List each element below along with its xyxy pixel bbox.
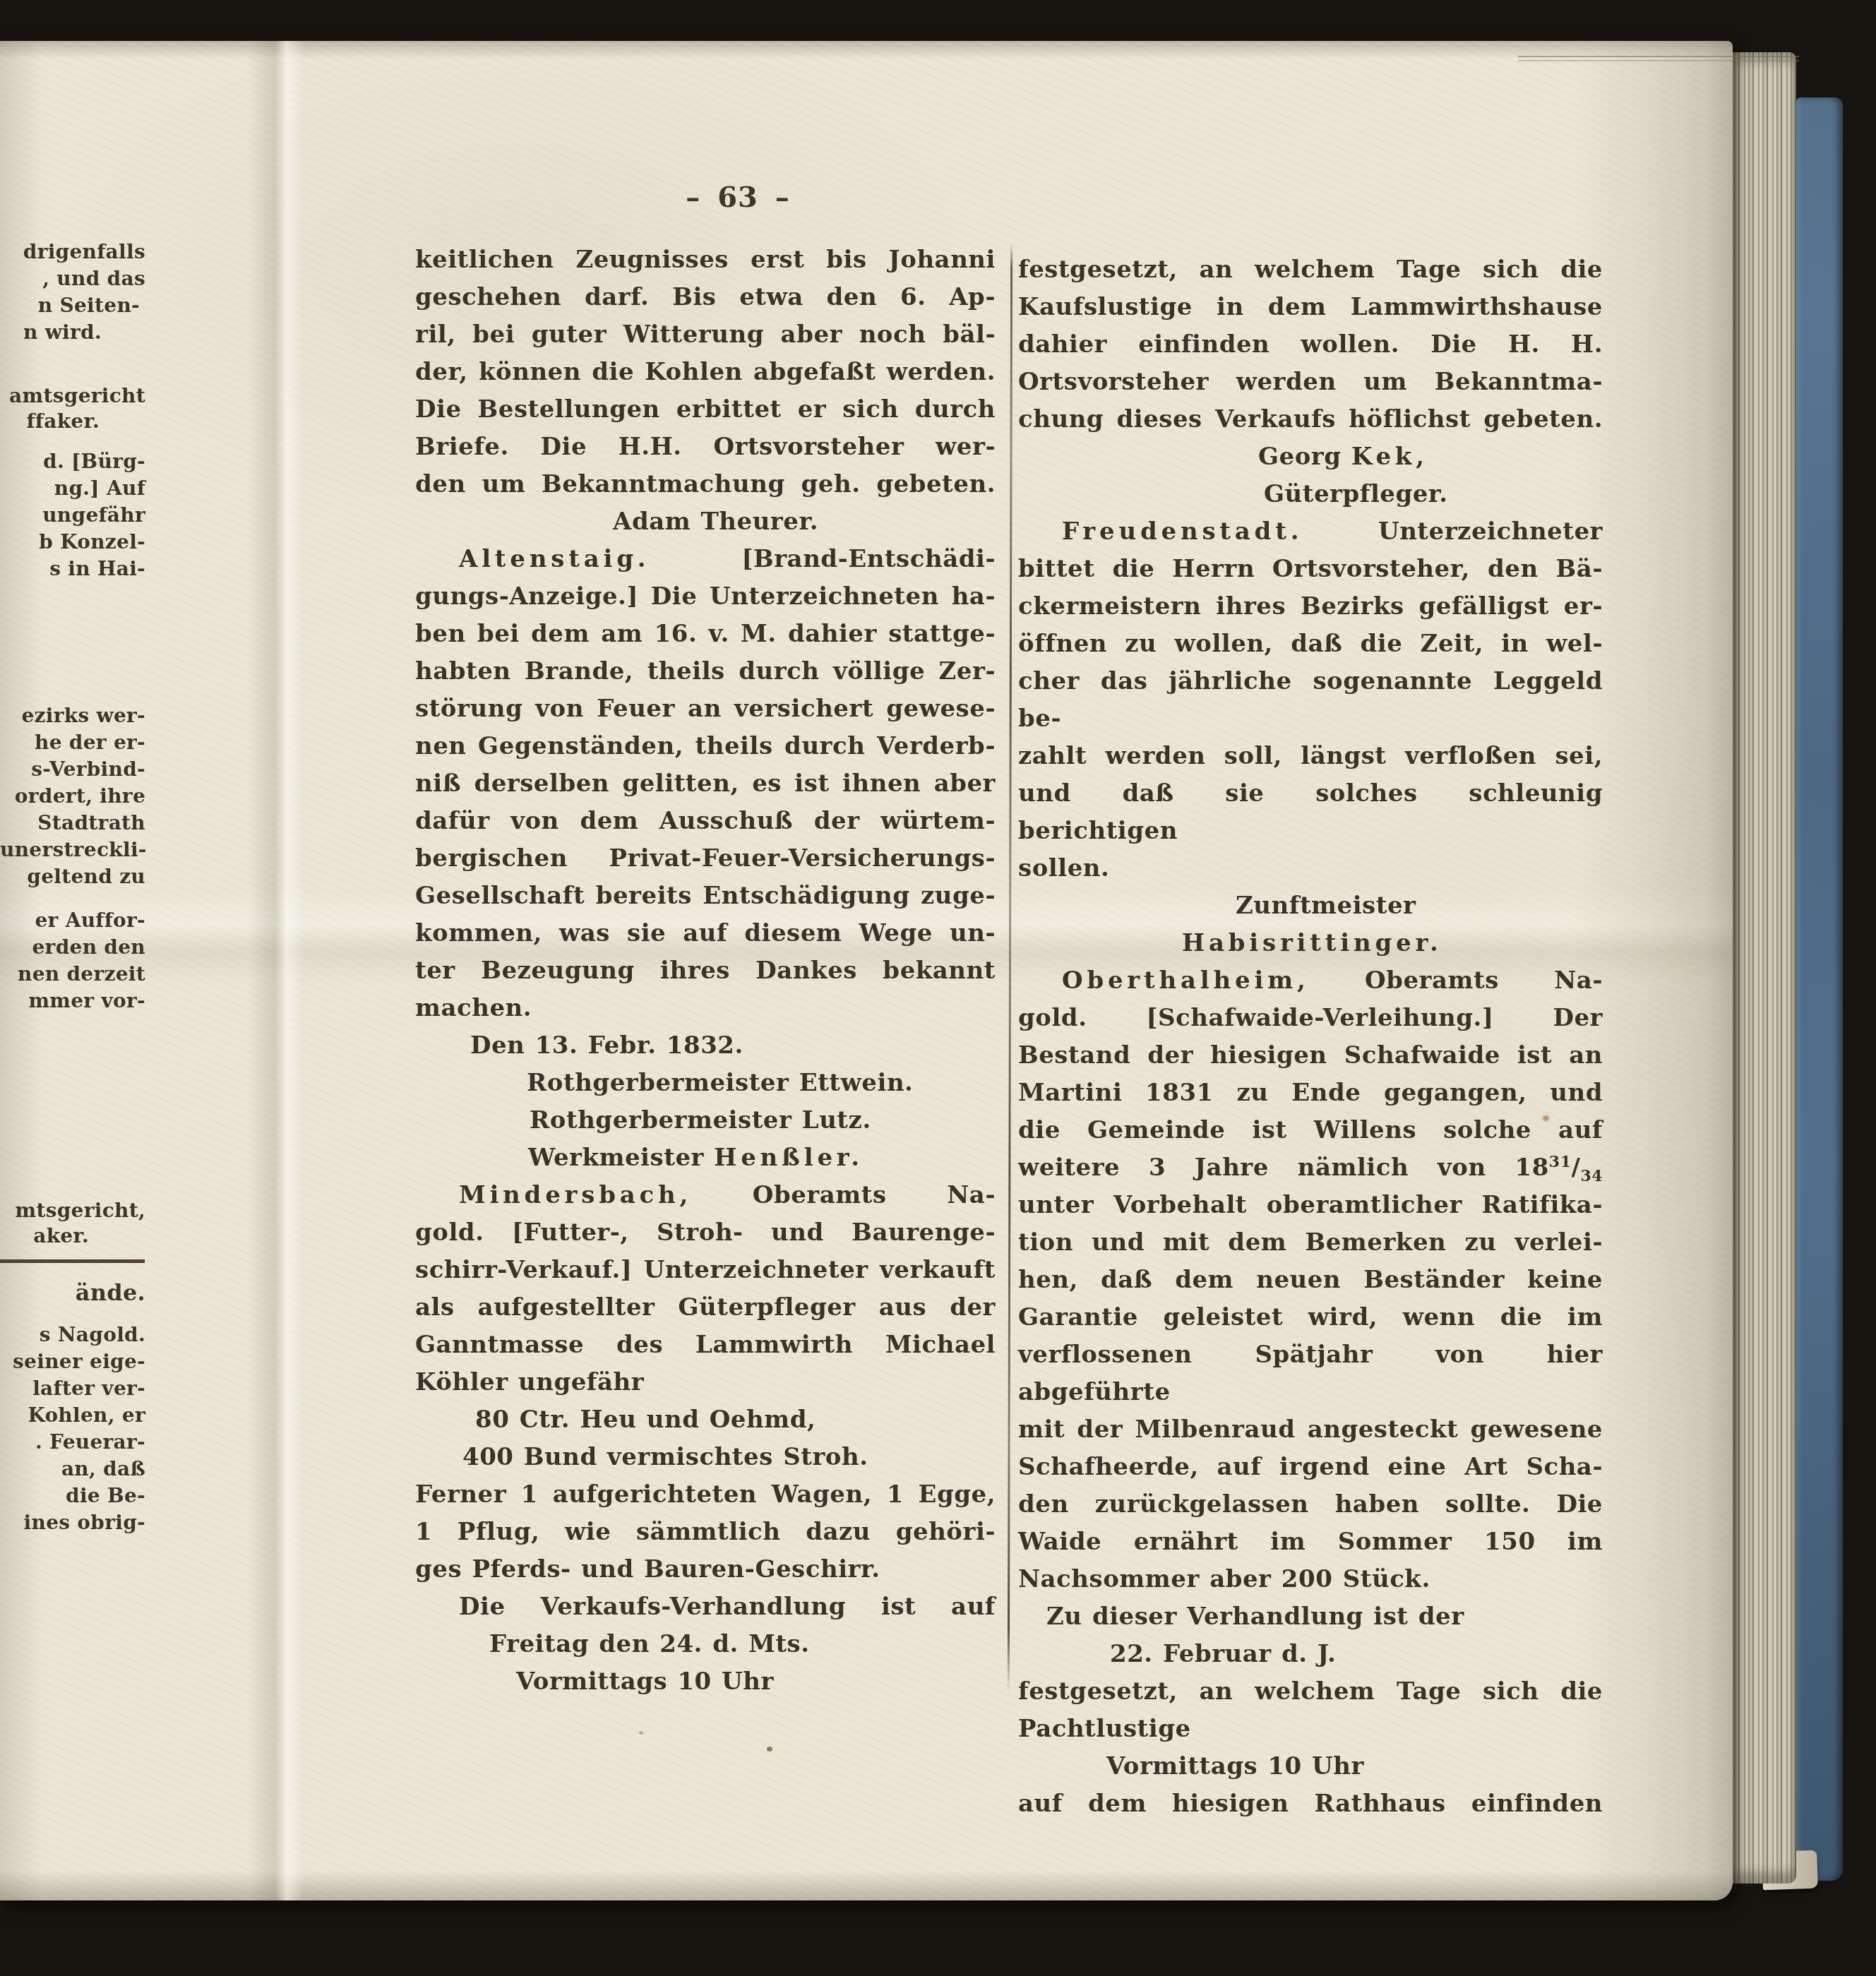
text-line: dafür von dem Ausschuß der würtem- <box>415 803 996 840</box>
text-line: machen. <box>415 990 996 1027</box>
fragment-line: ordert, ihre <box>0 783 145 810</box>
fragment-line: ungefähr <box>0 502 145 529</box>
text-line: schirr-Verkauf.] Unterzeichneter verkauf… <box>415 1252 996 1289</box>
under-page-top-edges <box>1518 54 1799 66</box>
text-run: Werkmeister <box>528 1144 714 1172</box>
fragment-line: mmer vor- <box>0 988 145 1014</box>
text-line: ben bei dem am 16. v. M. dahier stattge- <box>415 616 996 653</box>
person-name: Kek, <box>1351 443 1428 471</box>
text-line: ges Pferds- und Bauren-Geschirr. <box>415 1551 996 1588</box>
text-line: keitlichen Zeugnisses erst bis Johanni <box>415 241 996 279</box>
place-name: Freudenstadt. <box>1062 517 1303 546</box>
text-line: den um Bekanntmachung geh. gebeten. <box>415 466 996 503</box>
text-line: Mindersbach, Oberamts Na- <box>415 1177 996 1214</box>
text-line: weitere 3 Jahre nämlich von 1831/34 <box>1018 1149 1603 1187</box>
fragment-line: s-Verbind- <box>0 756 145 783</box>
text-line: niß derselben gelitten, es ist ihnen abe… <box>415 765 996 803</box>
text-line: festgesetzt, an welchem Tage sich die <box>1018 251 1603 289</box>
dash-icon: – <box>686 181 700 214</box>
text-line: als aufgestellter Güterpfleger aus der <box>415 1289 996 1327</box>
signature-line: Adam Theurer. <box>415 503 996 541</box>
fragment-group: amtsgericht ffaker. <box>0 383 145 434</box>
fragment-line: die Be- <box>0 1483 145 1509</box>
signature-line: Werkmeister Henßler. <box>415 1139 996 1177</box>
text-run: Oberamts Na- <box>692 1181 996 1209</box>
dash-icon: – <box>775 181 790 214</box>
place-name: Mindersbach, <box>459 1181 692 1209</box>
fragment-line: seiner eige- <box>0 1348 145 1375</box>
text-run: Oberamts Na- <box>1310 966 1603 995</box>
fragment-line: d. [Bürg- <box>0 448 145 475</box>
fragment-line: amtsgericht <box>0 383 145 409</box>
text-line: ter Bezeugung ihres Dankes bekannt <box>415 952 996 990</box>
text-line: Ferner 1 aufgerichteten Wagen, 1 Egge, <box>415 1476 996 1514</box>
text-line: dahier einfinden wollen. Die H. H. <box>1018 326 1603 364</box>
list-item-line: 80 Ctr. Heu und Oehmd, <box>415 1401 996 1439</box>
text-line: Briefe. Die H.H. Ortsvorsteher wer- <box>415 429 996 466</box>
text-run: Unterzeichneter <box>1303 517 1603 546</box>
text-line: mit der Milbenraud angesteckt gewesene <box>1018 1411 1603 1449</box>
fragment-line: erden den <box>0 934 145 961</box>
text-line: Bestand der hiesigen Schafwaide ist an <box>1018 1037 1603 1074</box>
text-line: und daß sie solches schleunig berichtige… <box>1018 775 1603 850</box>
text-line: bittet die Herrn Ortsvorsteher, den Bä- <box>1018 551 1603 588</box>
text-line: störung von Feuer an versichert gewese- <box>415 690 996 728</box>
text-line: bergischen Privat-Feuer-Versicherungs- <box>415 840 996 878</box>
text-line: den zurückgelassen haben sollte. Die <box>1018 1486 1603 1523</box>
fragment-line: n Seiten- <box>0 292 145 319</box>
fragment-line: s in Hai- <box>0 556 145 582</box>
date-line: 22. Februar d. J. <box>1018 1636 1603 1673</box>
place-name: Altenstaig. <box>459 545 650 573</box>
text-line: chung dieses Verkaufs höflichst gebeten. <box>1018 401 1603 438</box>
fragment-line: ng.] Auf <box>0 475 145 502</box>
fragment-group: ezirks wer- he der er- s-Verbind- ordert… <box>0 702 145 890</box>
text-line: die Gemeinde ist Willens solche auf <box>1018 1112 1603 1149</box>
fragment-line: aker. <box>0 1223 145 1249</box>
text-line: gold. [Schafwaide-Verleihung.] Der <box>1018 1000 1603 1037</box>
text-line: der, können die Kohlen abgefaßt werden. <box>415 354 996 391</box>
fragment-line: b Konzel- <box>0 529 145 556</box>
fragment-line: Kohlen, er <box>0 1402 145 1429</box>
page-edges-stack <box>1731 52 1796 1884</box>
text-line: zahlt werden soll, längst verfloßen sei, <box>1018 738 1603 775</box>
text-line: Nachsommer aber 200 Stück. <box>1018 1561 1603 1598</box>
text-line: 1 Pflug, wie sämmtlich dazu gehöri- <box>415 1514 996 1551</box>
text-line: Gesellschaft bereits Entschädigung zuge- <box>415 878 996 915</box>
fragment-line: s Nagold. <box>0 1322 145 1348</box>
fragment-line: mtsgericht, <box>0 1198 145 1223</box>
foxing-spot <box>767 1747 772 1752</box>
text-line: öffnen zu wollen, daß die Zeit, in wel- <box>1018 625 1603 663</box>
page-number: – 63 – <box>607 181 868 214</box>
signature-line: Georg Kek, <box>1018 438 1603 476</box>
fragment-line: geltend zu <box>0 863 145 890</box>
text-line: nen Gegenständen, theils durch Verderb- <box>415 728 996 765</box>
fragment-line: nen derzeit <box>0 961 145 988</box>
fragment-line: lafter ver- <box>0 1375 145 1402</box>
book-cover-edge <box>1796 97 1843 1881</box>
fraction-numerator: 31 <box>1549 1153 1572 1171</box>
text-line: ckermeistern ihres Bezirks gefälligst er… <box>1018 588 1603 625</box>
fraction-slash: / <box>1571 1154 1580 1182</box>
signature-line: Zunftmeister <box>1018 887 1603 925</box>
text-line: Zu dieser Verhandlung ist der <box>1018 1598 1603 1636</box>
text-line: Altenstaig. [Brand-Entschädi- <box>415 541 996 578</box>
fragment-line: drigenfalls <box>0 239 145 265</box>
fragment-group: drigenfalls , und das n Seiten- n wird. <box>0 239 145 346</box>
fragment-line: . Feuerar- <box>0 1429 145 1456</box>
text-line: Martini 1831 zu Ende gegangen, und <box>1018 1074 1603 1112</box>
fragment-group: s Nagold. seiner eige- lafter ver- Kohle… <box>0 1322 145 1536</box>
text-line: cher das jährliche sogenannte Leggeld be… <box>1018 663 1603 738</box>
fragment-line: Stadtrath <box>0 810 145 837</box>
fragment-line: n wird. <box>0 319 145 346</box>
text-line: sollen. <box>1018 850 1603 887</box>
text-run: [Brand-Entschädi- <box>650 545 996 573</box>
text-line: Schafheerde, auf irgend eine Art Scha- <box>1018 1449 1603 1486</box>
fragment-heading-line: ände. <box>0 1279 145 1306</box>
text-line: Pachtlustige <box>1018 1711 1603 1748</box>
date-line: Freitag den 24. d. Mts. <box>415 1626 996 1663</box>
text-line: unter Vorbehalt oberamtlicher Ratifika- <box>1018 1187 1603 1224</box>
text-column-right: festgesetzt, an welchem Tage sich die Ka… <box>1018 251 1603 1823</box>
section-divider-rule <box>0 1259 145 1263</box>
fragment-line: er Auffor- <box>0 907 145 934</box>
text-line: habten Brande, theils durch völlige Zer- <box>415 653 996 690</box>
text-line: Freudenstadt. Unterzeichneter <box>1018 513 1603 551</box>
scanned-book-page-photo: – 63 – drigenfalls , und das n Seiten- n… <box>0 0 1876 1976</box>
text-line: Ortsvorsteher werden um Bekanntma- <box>1018 364 1603 401</box>
text-line: Köhler ungefähr <box>415 1364 996 1401</box>
signature-line: Güterpfleger. <box>1018 476 1603 513</box>
fragment-line: an, daß <box>0 1456 145 1483</box>
text-line: auf dem hiesigen Rathhaus einfinden <box>1018 1785 1603 1823</box>
signature-line: Rothgerbermeister Ettwein. <box>415 1065 996 1102</box>
fragment-line: , und das <box>0 265 145 292</box>
text-line: Garantie geleistet wird, wenn die im <box>1018 1299 1603 1336</box>
time-line: Vormittags 10 Uhr <box>415 1663 996 1701</box>
fragment-line: ines obrig- <box>0 1509 145 1536</box>
text-line: Kaufslustige in dem Lammwirthshause <box>1018 289 1603 326</box>
signature-line: Rothgerbermeister Lutz. <box>415 1102 996 1139</box>
fragment-group: ände. <box>0 1279 145 1306</box>
text-line: kommen, was sie auf diesem Wege un- <box>415 915 996 952</box>
fragment-line: he der er- <box>0 729 145 756</box>
text-line: gold. [Futter-, Stroh- und Baurenge- <box>415 1214 996 1252</box>
signature-line: Habisrittinger. <box>1018 925 1603 962</box>
fragment-group: er Auffor- erden den nen derzeit mmer vo… <box>0 907 145 1014</box>
text-line: Die Bestellungen erbittet er sich durch <box>415 391 996 429</box>
text-line: geschehen darf. Bis etwa den 6. Ap- <box>415 279 996 316</box>
text-line: ril, bei guter Witterung aber noch bäl- <box>415 316 996 354</box>
time-line: Vormittags 10 Uhr <box>1018 1748 1603 1785</box>
text-line: hen, daß dem neuen Beständer keine <box>1018 1262 1603 1299</box>
fragment-line: ezirks wer- <box>0 702 145 729</box>
text-line: gungs-Anzeige.] Die Unterzeichneten ha- <box>415 578 996 616</box>
text-line: Die Verkaufs-Verhandlung ist auf <box>415 1588 996 1626</box>
text-line: festgesetzt, an welchem Tage sich die <box>1018 1673 1603 1711</box>
text-line: verflossenen Spätjahr von hier abgeführt… <box>1018 1336 1603 1411</box>
text-line: Ganntmasse des Lammwirth Michael <box>415 1327 996 1364</box>
place-name: Oberthalheim, <box>1062 966 1310 995</box>
text-line: Oberthalheim, Oberamts Na- <box>1018 962 1603 1000</box>
fragment-group: d. [Bürg- ng.] Auf ungefähr b Konzel- s … <box>0 448 145 582</box>
date-line: Den 13. Febr. 1832. <box>415 1027 996 1065</box>
page-number-value: 63 <box>717 181 758 214</box>
person-name: Henßler. <box>714 1144 864 1172</box>
text-run: weitere 3 Jahre nämlich von 18 <box>1018 1154 1549 1182</box>
fragment-line: unerstreckli- <box>0 837 145 863</box>
text-line: Waide ernährt im Sommer 150 im <box>1018 1523 1603 1561</box>
list-item-line: 400 Bund vermischtes Stroh. <box>415 1439 996 1476</box>
fraction-denominator: 34 <box>1580 1167 1603 1185</box>
text-run: Georg <box>1258 443 1351 471</box>
fragment-line: ffaker. <box>0 409 145 434</box>
fragment-group: mtsgericht, aker. <box>0 1198 145 1249</box>
foxing-spot <box>639 1731 643 1735</box>
text-column-left: keitlichen Zeugnisses erst bis Johanni g… <box>415 241 996 1701</box>
text-line: tion und mit dem Bemerken zu verlei- <box>1018 1224 1603 1262</box>
